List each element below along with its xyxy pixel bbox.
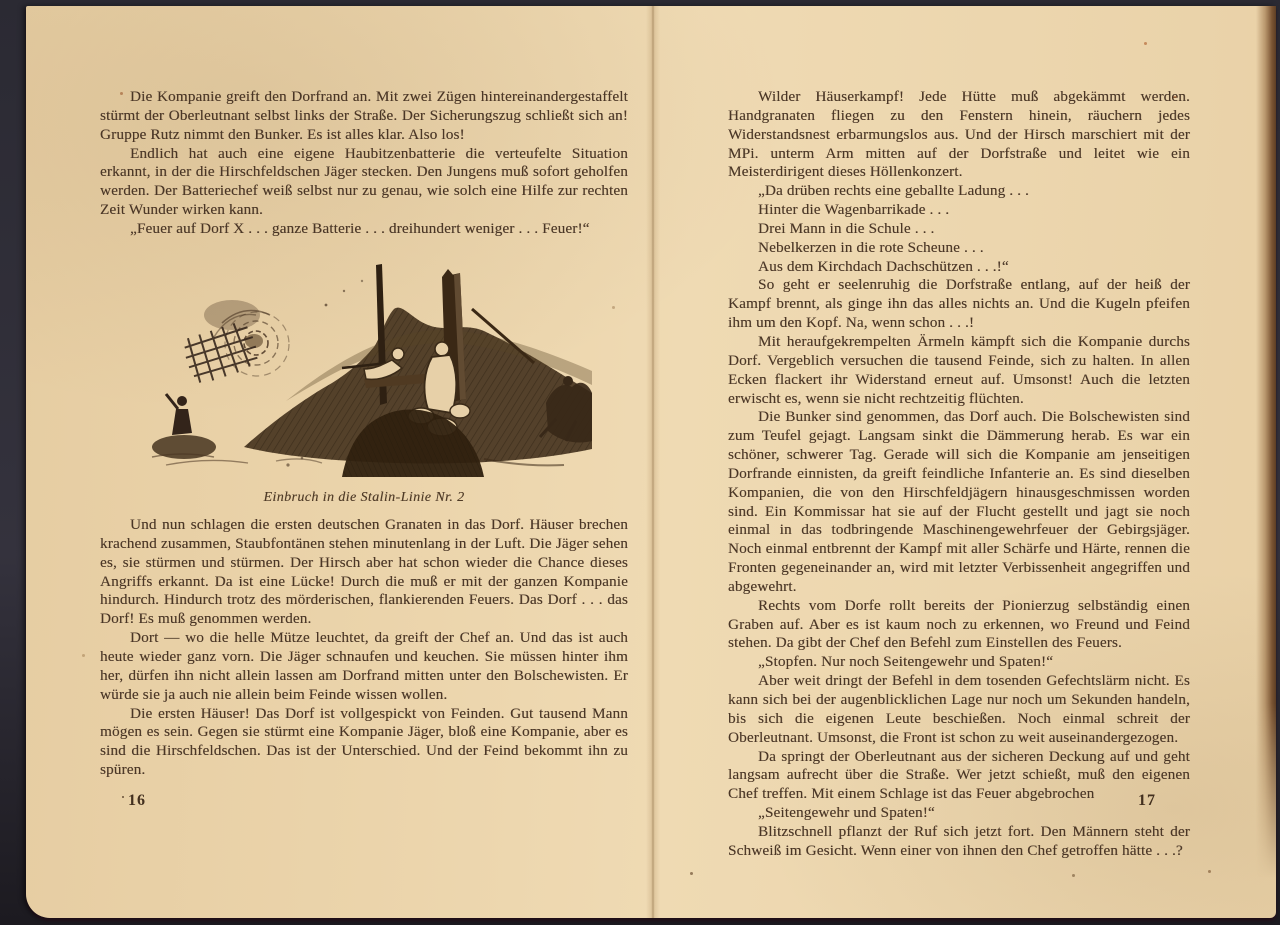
paragraph: Die Kompanie greift den Dorfrand an. Mit…	[100, 88, 628, 145]
paragraph: Die Bunker sind genommen, das Dorf auch.…	[728, 408, 1190, 596]
paragraph-quote: „Seitengewehr und Spaten!“	[728, 804, 1190, 823]
stacked-page-edges	[1256, 6, 1276, 878]
page-gutter	[646, 6, 660, 918]
quote-line: „Da drüben rechts eine geballte Ladung .…	[728, 182, 1190, 201]
quote-line: Drei Mann in die Schule . . .	[728, 220, 1190, 239]
illustration-caption: Einbruch in die Stalin-Linie Nr. 2	[100, 489, 628, 506]
paragraph: Da springt der Oberleutnant aus der sich…	[728, 748, 1190, 805]
page-right: Wilder Häuserkampf! Jede Hütte muß abgek…	[728, 88, 1190, 861]
paragraph-quote: „Feuer auf Dorf X . . . ganze Batterie .…	[100, 220, 628, 239]
book-scan: Die Kompanie greift den Dorfrand an. Mit…	[0, 0, 1280, 925]
paragraph: Die ersten Häuser! Das Dorf ist vollgesp…	[100, 705, 628, 780]
book-spread: Die Kompanie greift den Dorfrand an. Mit…	[26, 6, 1276, 918]
page-left: Die Kompanie greift den Dorfrand an. Mit…	[100, 88, 628, 780]
battle-sketch-illustration	[136, 251, 592, 477]
quote-line: Hinter die Wagenbarrikade . . .	[728, 201, 1190, 220]
paragraph: Dort — wo die helle Mütze leuchtet, da g…	[100, 629, 628, 704]
paragraph: Endlich hat auch eine eigene Haubitzenba…	[100, 145, 628, 220]
quote-line: Aus dem Kirchdach Dachschützen . . .!“	[728, 258, 1190, 277]
paragraph: Rechts vom Dorfe rollt bereits der Pioni…	[728, 597, 1190, 654]
illustration-figure: Einbruch in die Stalin-Linie Nr. 2	[100, 251, 628, 506]
paragraph: So geht er seelenruhig die Dorfstraße en…	[728, 276, 1190, 333]
page-number-left: 16	[128, 792, 146, 810]
paragraph: Wilder Häuserkampf! Jede Hütte muß abgek…	[728, 88, 1190, 182]
paragraph: Blitzschnell pflanzt der Ruf sich jetzt …	[728, 823, 1190, 861]
paragraph-quote: „Stopfen. Nur noch Seitengewehr und Spat…	[728, 653, 1190, 672]
page-number-right: 17	[1138, 792, 1156, 810]
paragraph: Und nun schlagen die ersten deutschen Gr…	[100, 516, 628, 629]
paragraph: Aber weit dringt der Befehl in dem tosen…	[728, 672, 1190, 747]
quote-line: Nebelkerzen in die rote Scheune . . .	[728, 239, 1190, 258]
paragraph: Mit heraufgekrempelten Ärmeln kämpft sic…	[728, 333, 1190, 408]
